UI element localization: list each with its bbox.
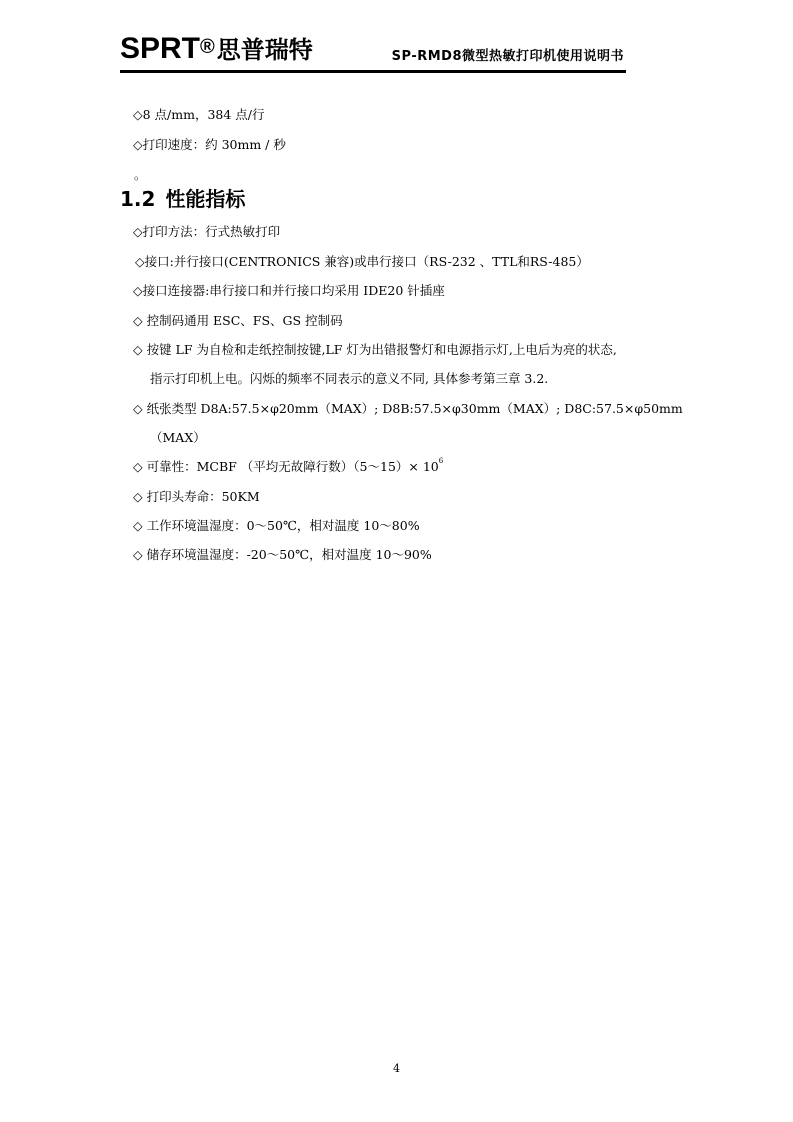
spec-paper-type-cont: （MAX） (150, 430, 206, 446)
brand-latin: SPRT (120, 32, 200, 65)
page-number: 4 (0, 1062, 793, 1075)
spec-storage-env: ◇ 储存环境温湿度：-20～50℃，相对温度 10～90% (133, 547, 432, 563)
spec-head-life: ◇ 打印头寿命：50KM (133, 489, 260, 505)
stray-mark: 。 (134, 166, 146, 183)
spec-operating-env: ◇ 工作环境温湿度：0～50℃，相对温度 10～80% (133, 518, 420, 534)
intro-line-resolution: ◇8 点/mm，384 点/行 (133, 107, 265, 123)
brand-logo: SPRT®思普瑞特 (120, 32, 313, 68)
section-heading: 1.2性能指标 (120, 186, 245, 212)
spec-lf-button: ◇ 按键 LF 为自检和走纸控制按键,LF 灯为出错报警灯和电源指示灯,上电后为… (133, 342, 617, 358)
brand-chinese: 思普瑞特 (217, 37, 313, 64)
section-number: 1.2 (120, 187, 155, 211)
intro-line-speed: ◇打印速度：约 30mm / 秒 (133, 137, 286, 153)
spec-control-codes: ◇ 控制码通用 ESC、FS、GS 控制码 (133, 313, 343, 329)
section-title: 性能指标 (165, 187, 245, 211)
spec-reliability: ◇ 可靠性：MCBF （平均无故障行数）（5～15）× 106 (133, 459, 443, 475)
spec-paper-type: ◇ 纸张类型 D8A:57.5×φ20mm（MAX）; D8B:57.5×φ30… (133, 401, 683, 417)
document-title: SP-RMD8微型热敏打印机使用说明书 (392, 45, 624, 64)
spec-interface: ◇接口:并行接口(CENTRONICS 兼容)或串行接口（RS-232 、TTL… (135, 254, 589, 270)
page-header: SPRT®思普瑞特 SP-RMD8微型热敏打印机使用说明书 (120, 30, 626, 73)
spec-reliability-text: ◇ 可靠性：MCBF （平均无故障行数）（5～15）× 10 (133, 459, 439, 474)
spec-lf-button-cont: 指示打印机上电。闪烁的频率不同表示的意义不同, 具体参考第三章 3.2. (150, 371, 548, 387)
spec-connector: ◇接口连接器:串行接口和并行接口均采用 IDE20 针插座 (133, 283, 445, 299)
registered-mark: ® (200, 36, 215, 58)
spec-print-method: ◇打印方法：行式热敏打印 (133, 224, 280, 240)
reliability-exponent: 6 (439, 457, 443, 465)
